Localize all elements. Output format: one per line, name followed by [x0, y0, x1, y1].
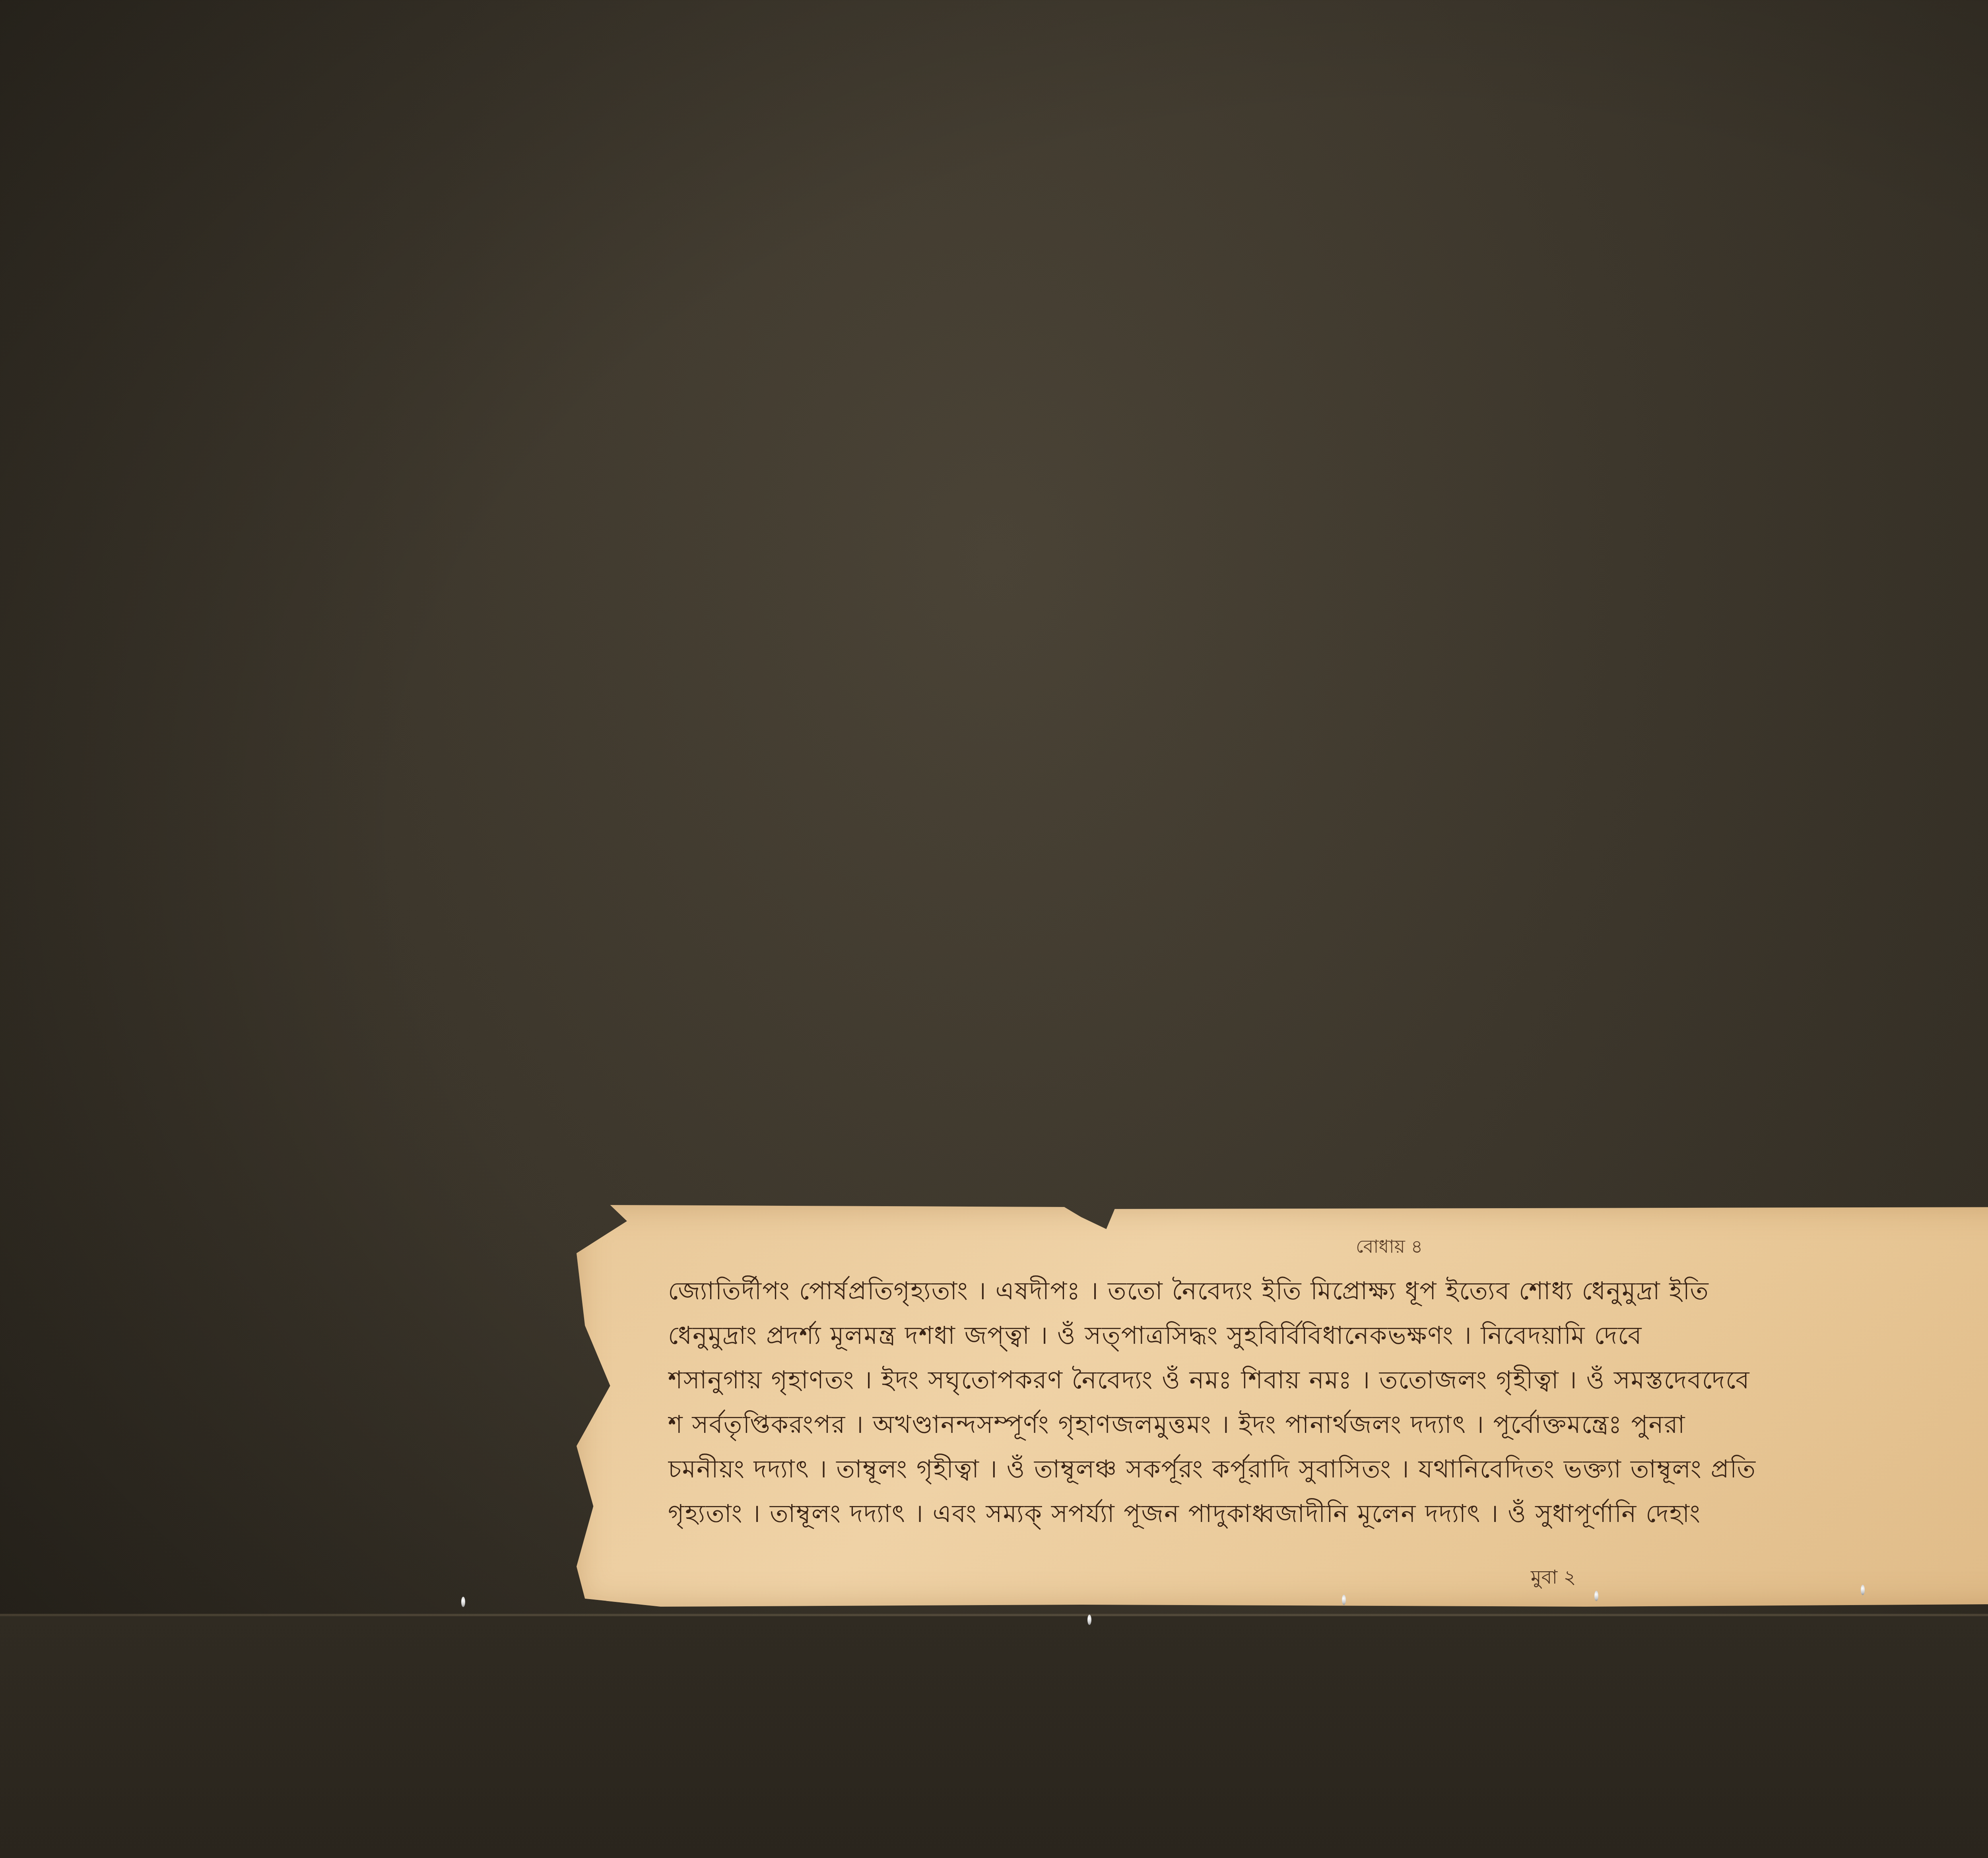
manuscript-leaf: বোধায় ৪ জ্যোতির্দীপং পোর্ষপ্রতিগৃহ্যতাং…	[577, 1205, 1988, 1607]
text-line: জ্যোতির্দীপং পোর্ষপ্রতিগৃহ্যতাং । এষদীপঃ…	[668, 1269, 1988, 1313]
text-line: শ সর্বতৃপ্তিকরংপর । অখণ্ডানন্দসম্পূর্ণং …	[668, 1402, 1988, 1447]
folio-heading: বোধায় ৪	[1356, 1233, 1423, 1263]
board-seam	[0, 1614, 1988, 1616]
page-number: মুবা ২	[1531, 1563, 1576, 1594]
pin-icon	[461, 1597, 465, 1607]
pin-icon	[1594, 1591, 1598, 1601]
text-line: চমনীয়ং দদ্যাৎ । তাম্বূলং গৃহীত্বা । ওঁ …	[668, 1447, 1988, 1491]
text-line: গৃহ্যতাং । তাম্বূলং দদ্যাৎ । এবং সম্যক্ …	[668, 1491, 1988, 1536]
pin-icon	[1087, 1615, 1091, 1625]
lower-display-board	[0, 1616, 1988, 1858]
text-line: শসানুগায় গৃহাণতং । ইদং সঘৃতোপকরণ নৈবেদ্…	[668, 1358, 1988, 1402]
pin-icon	[1861, 1585, 1865, 1595]
text-line: ধেনুমুদ্রাং প্রদর্শ্য মূলমন্ত্র দশধা জপ্…	[668, 1313, 1988, 1358]
manuscript-text: জ্যোতির্দীপং পোর্ষপ্রতিগৃহ্যতাং । এষদীপঃ…	[668, 1269, 1988, 1536]
pin-icon	[1342, 1595, 1346, 1605]
